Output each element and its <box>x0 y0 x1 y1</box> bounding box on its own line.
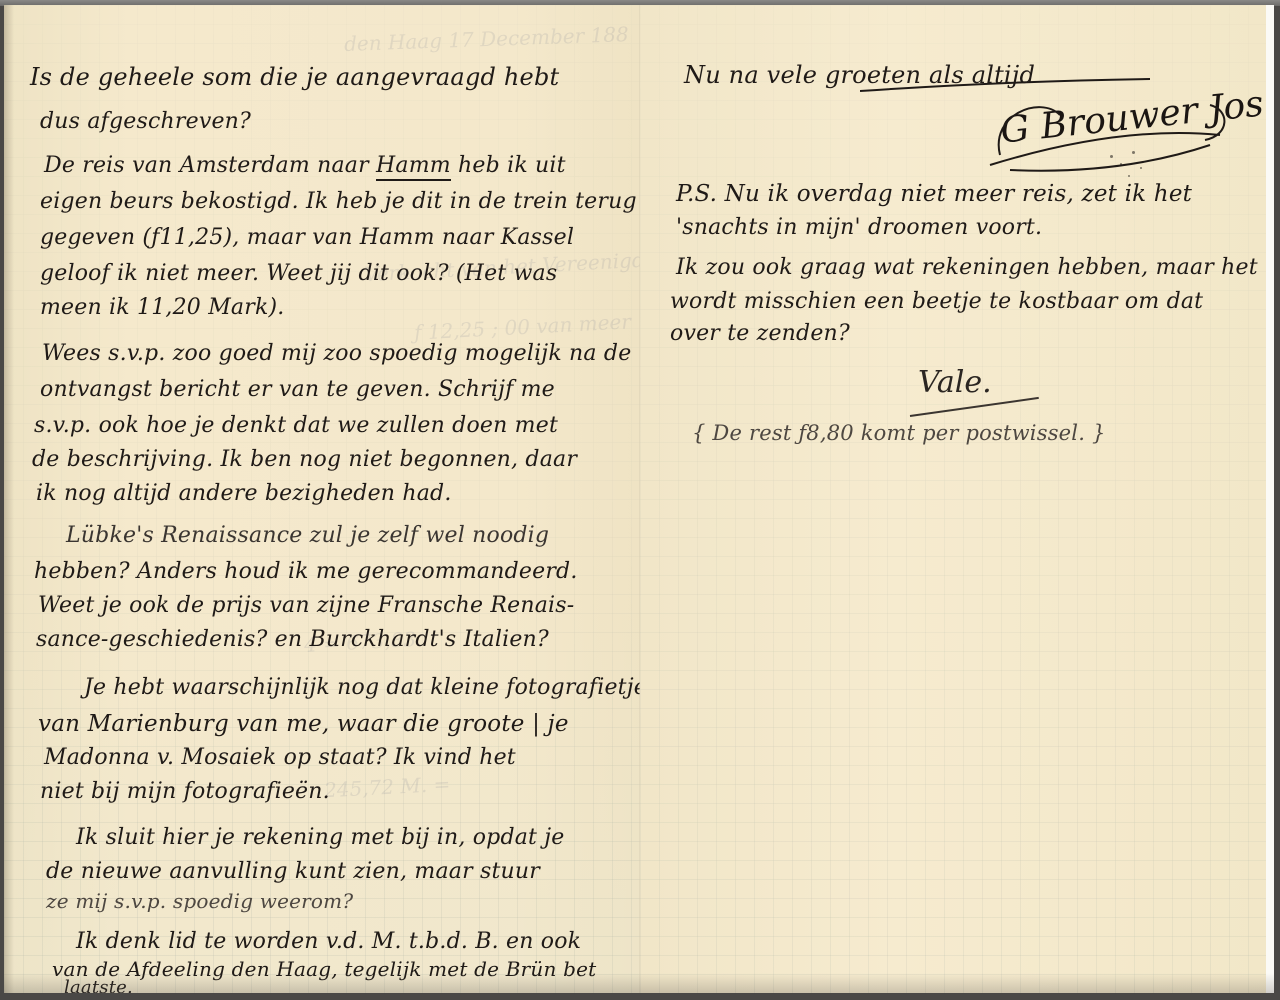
letter-sheet: den Haag 17 December 188 Verkocht van he… <box>4 5 1274 993</box>
strike-flourish <box>860 77 1160 97</box>
postal-note: { De rest ƒ8,80 komt per postwissel. } <box>692 423 1106 444</box>
letter-line: gegeven (ƒ11,25), maar van Hamm naar Kas… <box>40 227 574 249</box>
left-page: den Haag 17 December 188 Verkocht van he… <box>4 5 640 993</box>
letter-line: de nieuwe aanvulling kunt zien, maar stu… <box>46 861 540 883</box>
ink-speck <box>1140 167 1142 169</box>
postscript-line: P.S. Nu ik overdag niet meer reis, zet i… <box>676 183 1192 206</box>
letter-line: s.v.p. ook hoe je denkt dat we zullen do… <box>34 415 558 437</box>
line-segment: De reis van Amsterdam naar <box>44 153 376 178</box>
letter-line: Je hebt waarschijnlijk nog dat kleine fo… <box>84 677 647 699</box>
letter-line: de beschrijving. Ik ben nog niet begonne… <box>32 449 577 471</box>
page-edge-shadow <box>4 5 14 993</box>
letter-line: eigen beurs bekostigd. Ik heb je dit in … <box>40 191 637 213</box>
vale-salutation: Vale. <box>918 365 992 400</box>
letter-line: ik nog altijd andere bezigheden had. <box>36 483 452 505</box>
letter-line: Is de geheele som die je aangevraagd heb… <box>30 65 559 89</box>
scanned-letter: den Haag 17 December 188 Verkocht van he… <box>0 0 1280 1000</box>
letter-line: Weet je ook de prijs van zijne Fransche … <box>38 595 574 617</box>
signature-flourish-icon <box>980 95 1240 185</box>
right-page: Nu na vele groeten als altijd G Brouwer … <box>640 5 1274 993</box>
line-segment: heb ik uit <box>451 153 566 178</box>
postscript-line: wordt misschien een beetje te kostbaar o… <box>670 291 1203 313</box>
letter-line: Ik denk lid te worden v.d. M. t.b.d. B. … <box>76 931 581 953</box>
postscript-line: 'snachts in mijn' droomen voort. <box>676 217 1042 239</box>
letter-line: De reis van Amsterdam naar Hamm heb ik u… <box>44 155 566 177</box>
letter-line: niet bij mijn fotografieën. <box>40 781 330 803</box>
letter-line: Wees s.v.p. zoo goed mij zoo spoedig mog… <box>42 343 631 365</box>
letter-line: Madonna v. Mosaiek op staat? Ik vind het <box>44 747 516 769</box>
ink-speck <box>1132 151 1135 154</box>
ink-speck <box>1120 163 1122 165</box>
postscript-line: over te zenden? <box>670 323 850 345</box>
letter-line: geloof ik niet meer. Weet jij dit ook? (… <box>40 263 557 285</box>
letter-line: meen ik 11,20 Mark). <box>40 297 284 319</box>
underlined-word-hamm: Hamm <box>376 153 451 181</box>
letter-line: ontvangst bericht er van te geven. Schri… <box>40 379 555 401</box>
letter-line: ze mij s.v.p. spoedig weerom? <box>46 891 353 911</box>
page-bottom-edge <box>4 973 1274 993</box>
letter-line: van Marienburg van me, waar die groote |… <box>38 713 569 736</box>
letter-line: Ik sluit hier je rekening met bij in, op… <box>76 827 565 849</box>
letter-line: hebben? Anders houd ik me gerecommandeer… <box>34 561 578 583</box>
letter-line: sance-geschiedenis? en Burckhardt's Ital… <box>36 629 549 651</box>
page-right-edge <box>1266 5 1274 993</box>
ink-speck <box>1110 155 1113 158</box>
letter-line: Lübke's Renaissance zul je zelf wel nood… <box>66 525 549 547</box>
ink-speck <box>1128 175 1130 177</box>
postscript-line: Ik zou ook graag wat rekeningen hebben, … <box>676 257 1258 279</box>
letter-line: dus afgeschreven? <box>40 111 251 133</box>
